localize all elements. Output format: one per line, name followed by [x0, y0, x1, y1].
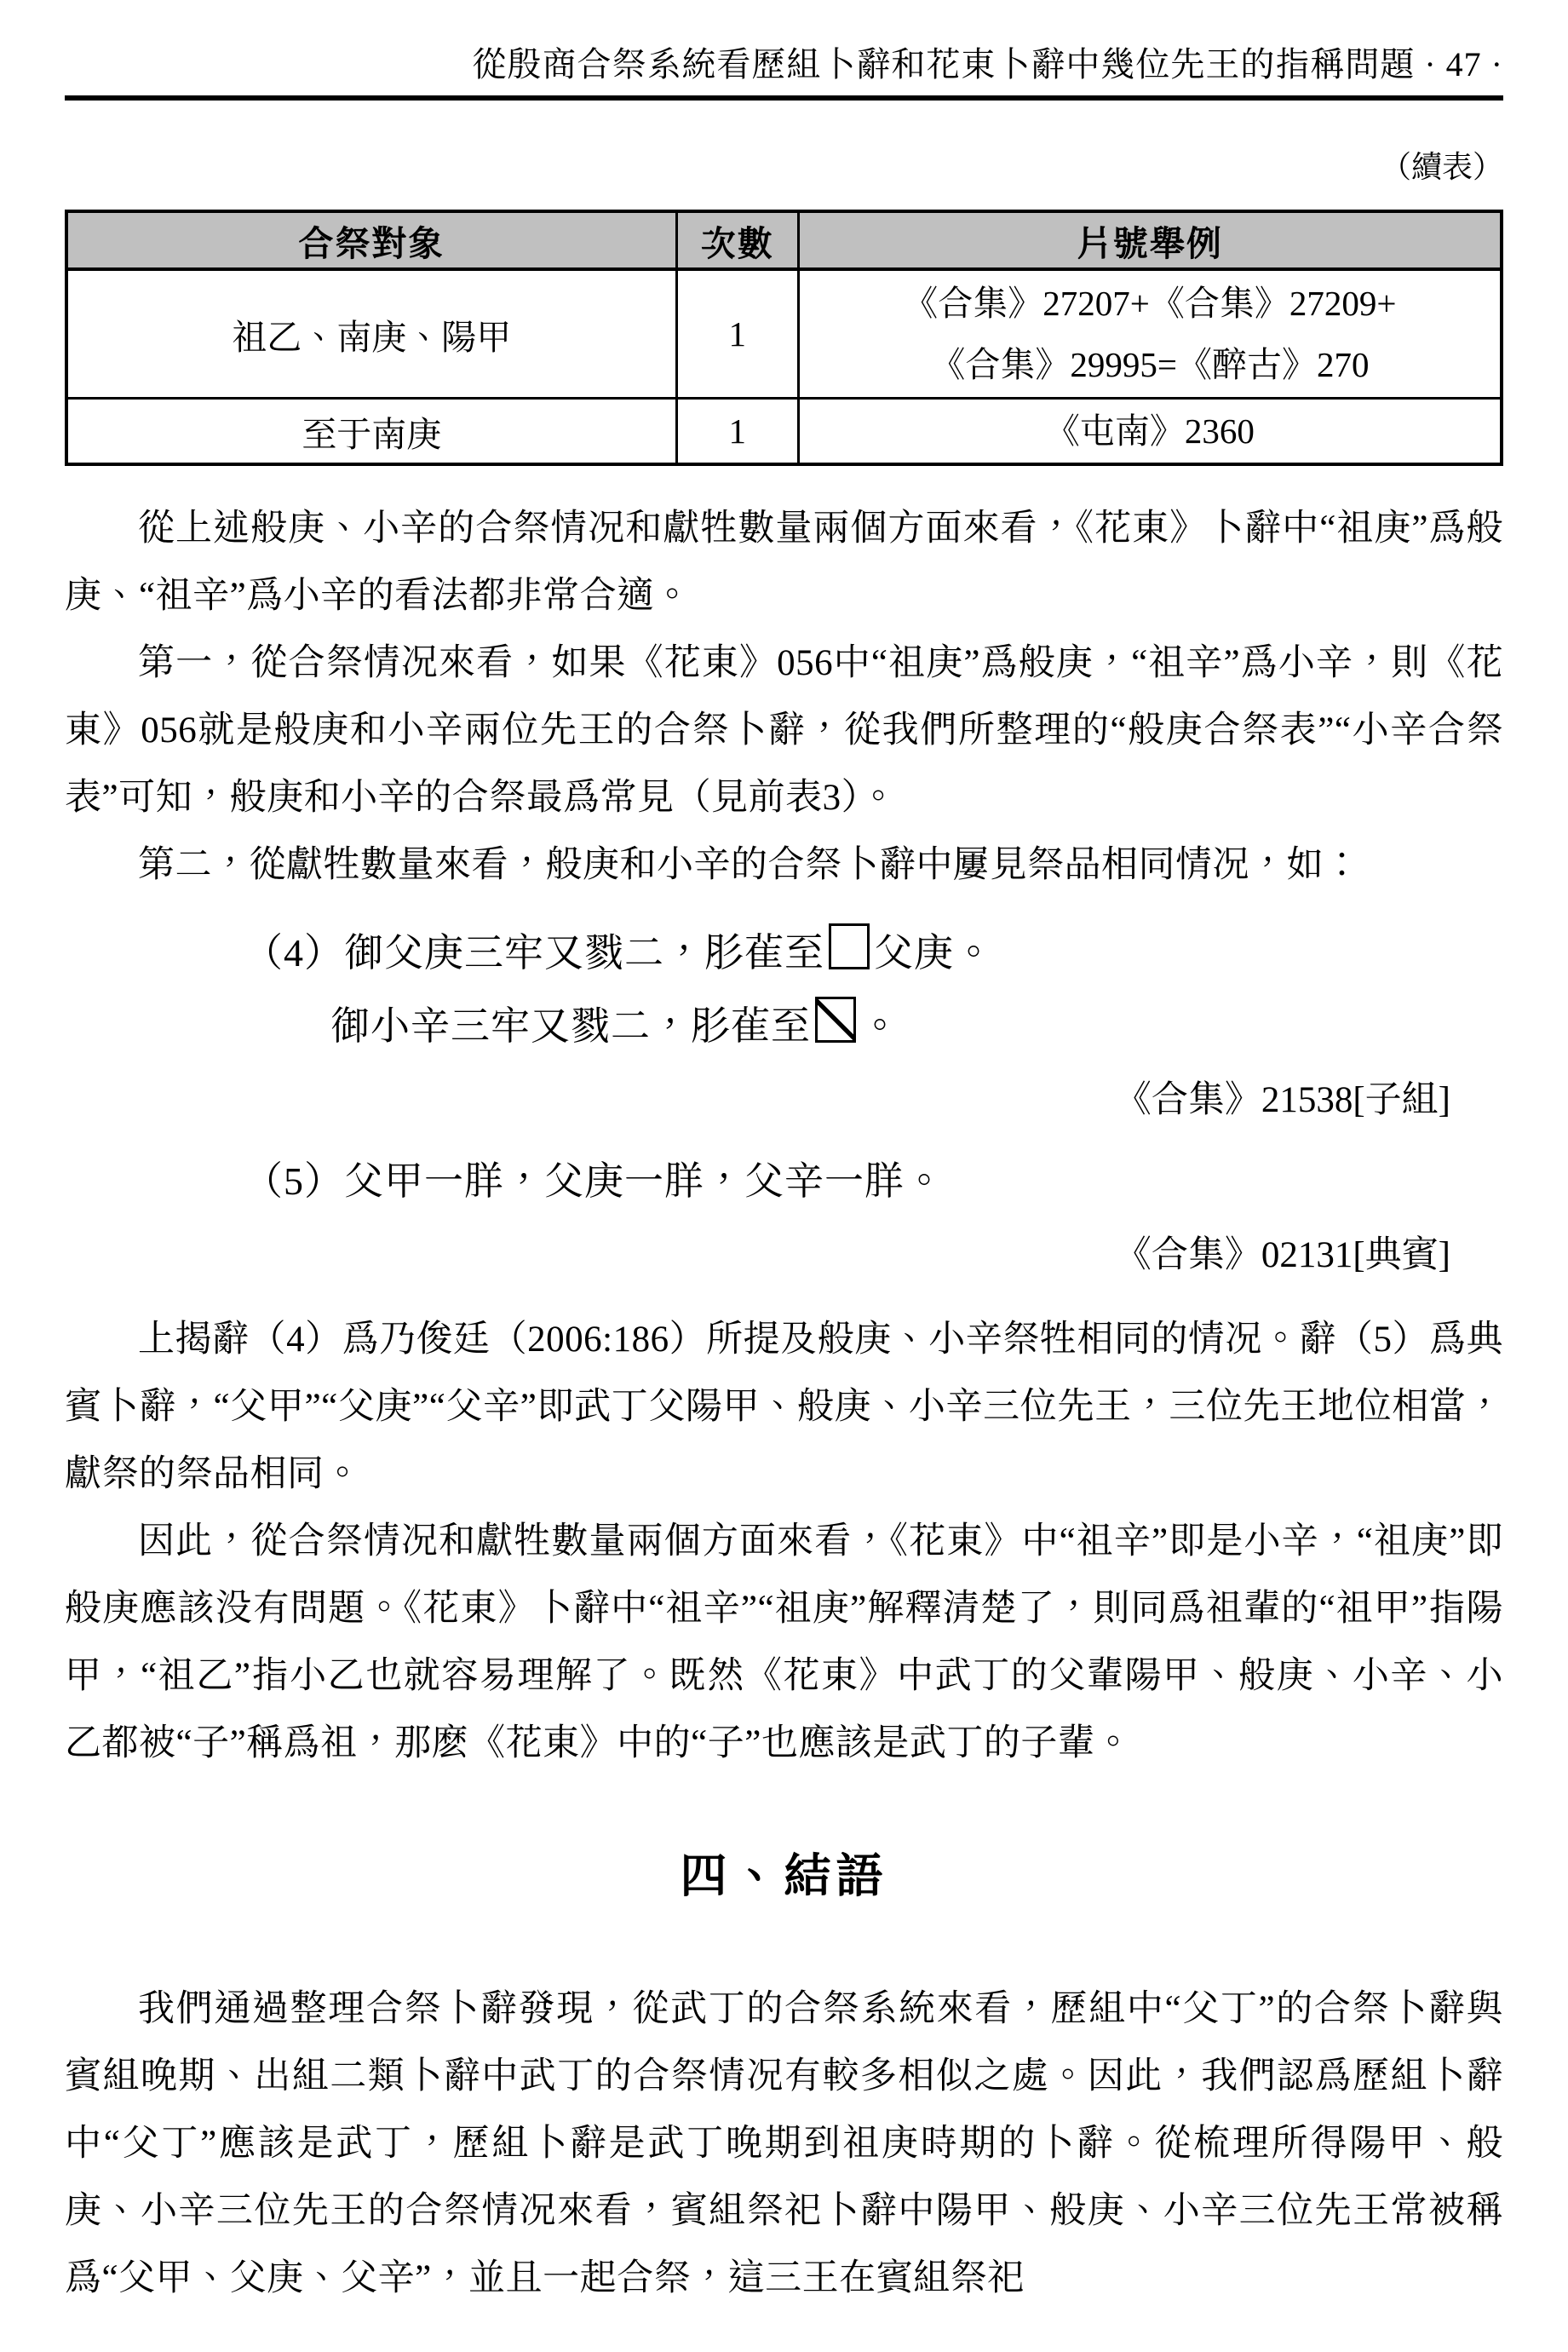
header-rule [65, 95, 1503, 101]
table-header-row: 合祭對象 次數 片號舉例 [66, 211, 1502, 269]
paragraph-second-point: 第二，從獻牲數量來看，般庚和小辛的合祭卜辭中屢見祭品相同情况，如： [65, 831, 1503, 899]
source-attribution-heji-21538: 《合集》21538[子組] [65, 1069, 1503, 1132]
paragraph-overview: 從上述般庚、小辛的合祭情况和獻牲數量兩個方面來看，《花東》卜辭中“祖庚”爲般庚、… [65, 495, 1503, 630]
cell-target: 至于南庚 [66, 399, 676, 465]
damaged-character-slash-box [815, 997, 856, 1043]
example-line: 《合集》27207+《合集》27209+ [801, 273, 1499, 334]
table-header-examples: 片號舉例 [798, 211, 1502, 269]
document-page: 從殷商合祭系統看歷組卜辭和花東卜辭中幾位先王的指稱問題 · 47 · （續表） … [0, 0, 1568, 2352]
page-content: 從殷商合祭系統看歷組卜辭和花東卜辭中幾位先王的指稱問題 · 47 · （續表） … [0, 0, 1568, 2312]
table-row: 祖乙、南庚、陽甲 1 《合集》27207+《合集》27209+ 《合集》2999… [66, 269, 1502, 399]
running-head: 從殷商合祭系統看歷組卜辭和花東卜辭中幾位先王的指稱問題 · 47 · [65, 0, 1503, 85]
cell-target: 祖乙、南庚、陽甲 [66, 269, 676, 399]
quote-text: 御小辛三牢又戮二，肜雈至 [330, 1004, 811, 1048]
inscription-quote-4-line-2: 御小辛三牢又戮二，肜雈至。 [65, 992, 1503, 1061]
paragraph-discussion: 上揭辭（4）爲乃俊廷（2006:186）所提及般庚、小辛祭牲相同的情况。辭（5）… [65, 1306, 1503, 1508]
cell-examples: 《屯南》2360 [798, 399, 1502, 465]
inscription-quote-4-line-1: （4）御父庚三牢又戮二，肜雈至父庚。 [65, 919, 1503, 987]
joint-sacrifice-table: 合祭對象 次數 片號舉例 祖乙、南庚、陽甲 1 《合集》27207+《合集》27… [65, 210, 1503, 466]
quote-text: 父庚。 [874, 931, 994, 975]
source-attribution-heji-02131: 《合集》02131[典賓] [65, 1224, 1503, 1287]
table-row: 至于南庚 1 《屯南》2360 [66, 399, 1502, 465]
table-header-count: 次數 [676, 211, 798, 269]
example-line: 《屯南》2360 [801, 400, 1499, 462]
inscription-quote-5: （5）父甲一羘，父庚一羘，父辛一羘。 [65, 1147, 1503, 1216]
example-line: 《合集》29995=《醉古》270 [801, 334, 1499, 395]
quote-text: 。 [860, 1004, 900, 1048]
continued-table-note: （續表） [65, 148, 1503, 186]
paragraph-first-point: 第一，從合祭情况來看，如果《花東》056中“祖庚”爲般庚，“祖辛”爲小辛，則《花… [65, 630, 1503, 831]
quote-text: （4）御父庚三牢又戮二，肜雈至 [244, 931, 824, 975]
cell-count: 1 [676, 269, 798, 399]
paragraph-conclusion-huadong: 因此，從合祭情况和獻牲數量兩個方面來看，《花東》中“祖辛”即是小辛，“祖庚”即般… [65, 1508, 1503, 1777]
table-header-target: 合祭對象 [66, 211, 676, 269]
cell-examples: 《合集》27207+《合集》27209+ 《合集》29995=《醉古》270 [798, 269, 1502, 399]
missing-character-box [829, 923, 870, 969]
section-heading-conclusion: 四、結語 [65, 1838, 1503, 1906]
paragraph-final-summary: 我們通過整理合祭卜辭發現，從武丁的合祭系統來看，歷組中“父丁”的合祭卜辭與賓組晚… [65, 1975, 1503, 2312]
cell-count: 1 [676, 399, 798, 465]
